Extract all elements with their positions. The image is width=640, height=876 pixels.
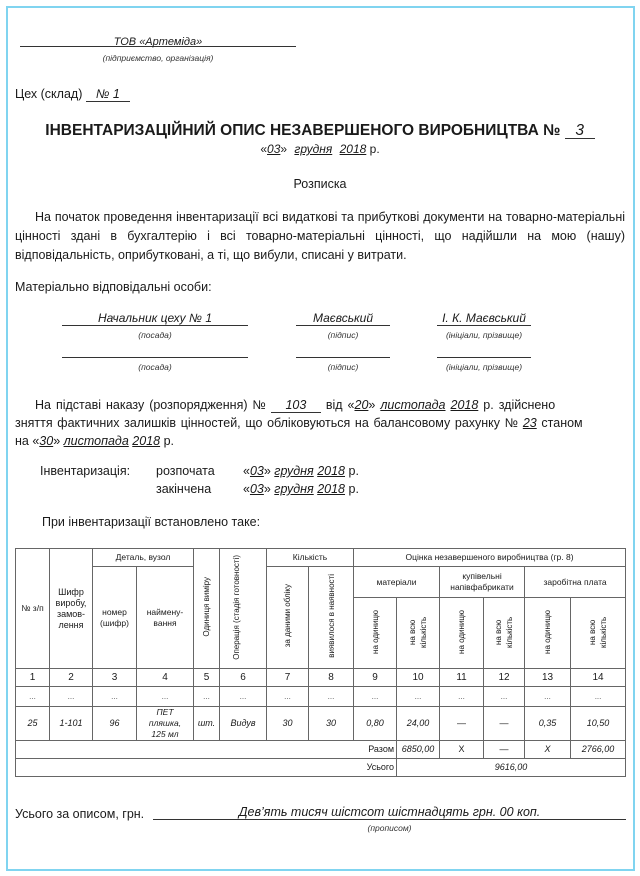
column-number: 10 <box>397 669 440 687</box>
column-number: 4 <box>137 669 194 687</box>
header-unit: Одиниця виміру <box>194 549 220 669</box>
title-text: ІНВЕНТАРИЗАЦІЙНИЙ ОПИС НЕЗАВЕРШЕНОГО ВИР… <box>45 122 560 139</box>
as-of-year: 2018 <box>132 434 160 448</box>
page-title: ІНВЕНТАРИЗАЦІЙНИЙ ОПИС НЕЗАВЕРШЕНОГО ВИР… <box>0 122 640 140</box>
workshop-label: Цех (склад) <box>15 87 82 101</box>
header-semi-unit: на одиницю <box>440 598 484 669</box>
title-date-suffix: р. <box>370 142 380 156</box>
header-qty-books-text: за даними обліку <box>282 584 293 647</box>
ellipsis-cell: ... <box>525 687 571 707</box>
ellipsis-row: ........................................… <box>16 687 626 707</box>
column-number: 7 <box>267 669 309 687</box>
footer-value: Дев’ять тисяч шістсот шістнадцять грн. 0… <box>153 805 626 819</box>
table-cell: 24,00 <box>397 707 440 741</box>
subtotal-wages-total: 2766,00 <box>571 741 626 759</box>
receipt-heading: Розписка <box>0 177 640 191</box>
column-number: 3 <box>93 669 137 687</box>
subtotal-semi-unit: Х <box>440 741 484 759</box>
order-text-7: р. <box>164 434 174 448</box>
footer-label: Усього за описом, грн. <box>15 805 144 824</box>
established-text: При інвентаризації встановлено таке: <box>42 513 260 532</box>
table-cell: 0,35 <box>525 707 571 741</box>
order-text-6: на « <box>15 434 39 448</box>
ellipsis-cell: ... <box>354 687 397 707</box>
order-text-5: станом <box>541 416 582 430</box>
order-text-4: зняття фактичних залишків цінностей, що … <box>15 416 518 430</box>
workshop-field: Цех (склад) № 1 <box>15 85 130 104</box>
column-number: 11 <box>440 669 484 687</box>
column-number: 5 <box>194 669 220 687</box>
table-cell: — <box>484 707 525 741</box>
total-value: 9616,00 <box>397 759 626 777</box>
ellipsis-cell: ... <box>397 687 440 707</box>
header-materials-total: на всю кількість <box>397 598 440 669</box>
started-suffix: р. <box>349 464 359 478</box>
title-date: «03» грудня 2018 р. <box>0 142 640 156</box>
per-unit-text: на одиницю <box>542 610 553 654</box>
order-text-3: р. здійснено <box>483 398 555 412</box>
ellipsis-cell: ... <box>440 687 484 707</box>
total-row: Усього 9616,00 <box>16 759 626 777</box>
organization-name: ТОВ «Артеміда» <box>20 36 296 48</box>
footer-line <box>153 819 626 820</box>
title-number: 3 <box>565 123 595 139</box>
column-number: 12 <box>484 669 525 687</box>
total-qty-text: на всю кількість <box>407 608 429 656</box>
finished-day: 03 <box>250 482 264 496</box>
table-cell: 0,80 <box>354 707 397 741</box>
footer-caption: (прописом) <box>153 823 626 833</box>
header-qty-actual-text: виявилося в наявності <box>326 574 337 658</box>
header-wages: заробітна плата <box>525 567 626 598</box>
per-unit-text: на одиницю <box>456 610 467 654</box>
title-date-month: грудня <box>290 142 336 156</box>
total-qty-text: на всю кількість <box>587 608 609 656</box>
order-month: листопада <box>380 398 445 412</box>
person-1-position-caption: (посада) <box>62 330 248 340</box>
header-wages-unit: на одиницю <box>525 598 571 669</box>
started-day: 03 <box>250 464 264 478</box>
order-year: 2018 <box>451 398 479 412</box>
person-2-position-caption: (посада) <box>62 362 248 372</box>
person-1-signature: Маєвський <box>296 311 390 325</box>
person-1-signature-caption: (підпис) <box>296 330 390 340</box>
header-wages-total: на всю кількість <box>571 598 626 669</box>
title-date-year: 2018 <box>340 142 367 156</box>
ellipsis-cell: ... <box>137 687 194 707</box>
person-1-name-caption: (ініціали, прізвище) <box>430 330 538 340</box>
ellipsis-cell: ... <box>194 687 220 707</box>
column-number: 9 <box>354 669 397 687</box>
table-cell: 10,50 <box>571 707 626 741</box>
subtotal-row: Разом 6850,00 Х — Х 2766,00 <box>16 741 626 759</box>
finished-year: 2018 <box>317 482 345 496</box>
per-unit-text: на одиницю <box>370 610 381 654</box>
header-detail-number: номер (шифр) <box>93 567 137 669</box>
person-1-position-line <box>62 325 248 326</box>
table-cell: 1-101 <box>50 707 93 741</box>
column-number: 8 <box>309 669 354 687</box>
ellipsis-cell: ... <box>93 687 137 707</box>
started-month: грудня <box>274 464 313 478</box>
order-text-2: від « <box>326 398 355 412</box>
total-qty-text: на всю кількість <box>493 608 515 656</box>
finished-suffix: р. <box>349 482 359 496</box>
responsible-label: Матеріально відповідальні особи: <box>15 278 212 297</box>
order-line-1: На підставі наказу (розпорядження) № 103… <box>35 396 625 415</box>
person-1-position: Начальник цеху № 1 <box>62 311 248 325</box>
header-valuation: Оцінка незавершеного виробництва (гр. 8) <box>354 549 626 567</box>
table-cell: — <box>440 707 484 741</box>
inventory-finished-date: «03» грудня 2018 р. <box>243 480 359 499</box>
header-detail: Деталь, вузол <box>93 549 194 567</box>
table-cell: 25 <box>16 707 50 741</box>
ellipsis-cell: ... <box>16 687 50 707</box>
title-date-day: 03 <box>267 142 280 156</box>
header-materials-unit: на одиницю <box>354 598 397 669</box>
header-qty-books: за даними обліку <box>267 567 309 669</box>
finished-month: грудня <box>274 482 313 496</box>
column-number: 6 <box>220 669 267 687</box>
order-line-3: на «30» листопада 2018 р. <box>15 432 174 451</box>
column-number: 2 <box>50 669 93 687</box>
inventory-started-date: «03» грудня 2018 р. <box>243 462 359 481</box>
person-2-position-line <box>62 357 248 358</box>
workshop-value: № 1 <box>86 88 130 102</box>
ellipsis-cell: ... <box>267 687 309 707</box>
column-number: 1 <box>16 669 50 687</box>
ellipsis-cell: ... <box>484 687 525 707</box>
table-cell: ПЕТ пляшка, 125 мл <box>137 707 194 741</box>
header-code: Шифр виробу, замов-лення <box>50 549 93 669</box>
header-qty-actual: виявилося в наявності <box>309 567 354 669</box>
header-operation: Операція (стадія готовності) <box>220 549 267 669</box>
header-detail-name: наймену-вання <box>137 567 194 669</box>
header-semi-total: на всю кількість <box>484 598 525 669</box>
header-no: № з/п <box>16 549 50 669</box>
column-number: 14 <box>571 669 626 687</box>
table-cell: шт. <box>194 707 220 741</box>
person-2-name-line <box>437 357 531 358</box>
ellipsis-cell: ... <box>50 687 93 707</box>
order-day: 20 <box>355 398 369 412</box>
as-of-month: листопада <box>64 434 129 448</box>
person-2-name-caption: (ініціали, прізвище) <box>430 362 538 372</box>
table-cell: 30 <box>309 707 354 741</box>
inventory-table: № з/п Шифр виробу, замов-лення Деталь, в… <box>15 548 626 777</box>
receipt-paragraph: На початок проведення інвентаризації всі… <box>15 208 625 265</box>
organization-caption: (підприємство, організація) <box>20 53 296 63</box>
column-number: 13 <box>525 669 571 687</box>
inventory-label: Інвентаризація: <box>40 462 130 481</box>
ellipsis-cell: ... <box>309 687 354 707</box>
order-number: 103 <box>271 399 321 413</box>
subtotal-label: Разом <box>16 741 397 759</box>
header-operation-text: Операція (стадія готовності) <box>231 555 255 660</box>
person-2-signature-caption: (підпис) <box>296 362 390 372</box>
header-materials: матеріали <box>354 567 440 598</box>
header-semi: купівельні напівфабрикати <box>440 567 525 598</box>
inventory-started-label: розпочата <box>156 462 215 481</box>
subtotal-materials-total: 6850,00 <box>397 741 440 759</box>
inventory-finished-label: закінчена <box>156 480 211 499</box>
ellipsis-cell: ... <box>220 687 267 707</box>
header-quantity: Кількість <box>267 549 354 567</box>
subtotal-semi-total: — <box>484 741 525 759</box>
person-2-signature-line <box>296 357 390 358</box>
ellipsis-cell: ... <box>571 687 626 707</box>
account-number: 23 <box>523 416 537 430</box>
subtotal-wages-unit: Х <box>525 741 571 759</box>
table-cell: Видув <box>220 707 267 741</box>
total-label: Усього <box>16 759 397 777</box>
started-year: 2018 <box>317 464 345 478</box>
table-cell: 96 <box>93 707 137 741</box>
person-1-signature-line <box>296 325 390 326</box>
column-numbers-row: 1234567891011121314 <box>16 669 626 687</box>
person-1-name-line <box>437 325 531 326</box>
person-1-name: І. К. Маєвський <box>437 311 531 325</box>
header-unit-text: Одиниця виміру <box>201 577 212 637</box>
order-line-2: зняття фактичних залишків цінностей, що … <box>15 414 625 433</box>
as-of-day: 30 <box>39 434 53 448</box>
table-row: 251-10196ПЕТ пляшка, 125 млшт.Видув30300… <box>16 707 626 741</box>
table-cell: 30 <box>267 707 309 741</box>
order-text-1: На підставі наказу (розпорядження) № <box>35 398 266 412</box>
